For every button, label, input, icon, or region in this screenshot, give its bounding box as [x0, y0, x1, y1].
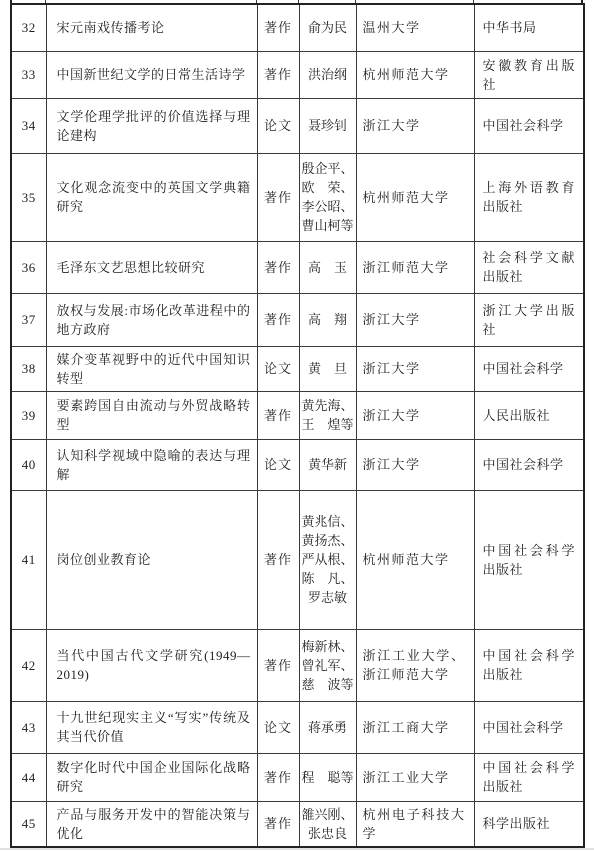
cell-title: 媒介变革视野中的近代中国知识转型	[46, 346, 257, 391]
cell-author: 雒兴刚、张忠良	[299, 801, 356, 847]
cell-title: 放权与发展:市场化改革进程中的地方政府	[46, 293, 257, 346]
cell-title: 认知科学视域中隐喻的表达与理解	[46, 439, 257, 490]
cell-publisher: 人民出版社	[474, 391, 584, 439]
cell-publisher: 安徽教育出版社	[474, 51, 584, 98]
cell-type: 著作	[257, 241, 299, 293]
cell-type: 著作	[257, 391, 299, 439]
cell-institution: 浙江大学	[356, 391, 474, 439]
cell-row-number: 35	[11, 153, 46, 241]
cell-author: 黄兆信、黄扬杰、严从根、陈 凡、罗志敏	[299, 490, 356, 629]
cell-institution: 浙江大学	[356, 346, 474, 391]
cell-publisher: 中国社会科学	[474, 98, 584, 153]
cell-publisher: 中国社会科学出版社	[474, 629, 584, 701]
cell-publisher: 科学出版社	[474, 801, 584, 847]
cell-institution: 杭州电子科技大学	[356, 801, 474, 847]
table-row: 34 文学伦理学批评的价值选择与理论建构 论文 聂珍钊 浙江大学 中国社会科学	[11, 98, 584, 153]
cell-institution: 浙江大学	[356, 98, 474, 153]
cell-author: 程 聪等	[299, 753, 356, 801]
cell-author: 黄华新	[299, 439, 356, 490]
scanned-document-page: 32 宋元南戏传播考论 著作 俞为民 温州大学 中华书局 33 中国新世纪文学的…	[0, 0, 594, 852]
cell-institution: 浙江大学	[356, 293, 474, 346]
table-row: 45 产品与服务开发中的智能决策与优化 著作 雒兴刚、张忠良 杭州电子科技大学 …	[11, 801, 584, 847]
cell-title: 宋元南戏传播考论	[46, 4, 257, 51]
cell-institution: 杭州师范大学	[356, 490, 474, 629]
cell-type: 著作	[257, 4, 299, 51]
cell-row-number: 39	[11, 391, 46, 439]
cell-author: 洪治纲	[299, 51, 356, 98]
table-row: 35 文化观念流变中的英国文学典籍研究 著作 殷企平、欧 荣、李公昭、曹山柯等 …	[11, 153, 584, 241]
cell-institution: 温州大学	[356, 4, 474, 51]
cell-row-number: 34	[11, 98, 46, 153]
cell-publisher: 中国社会科学出版社	[474, 753, 584, 801]
cell-type: 论文	[257, 439, 299, 490]
cell-row-number: 45	[11, 801, 46, 847]
cell-row-number: 42	[11, 629, 46, 701]
cell-institution: 浙江大学	[356, 439, 474, 490]
table-row: 43 十九世纪现实主义“写实”传统及其当代价值 论文 蒋承勇 浙江工商大学 中国…	[11, 701, 584, 753]
table-row: 32 宋元南戏传播考论 著作 俞为民 温州大学 中华书局	[11, 4, 584, 51]
cell-author: 黄 旦	[299, 346, 356, 391]
cell-title: 文化观念流变中的英国文学典籍研究	[46, 153, 257, 241]
cell-title: 毛泽东文艺思想比较研究	[46, 241, 257, 293]
cell-author: 高 翔	[299, 293, 356, 346]
cell-row-number: 37	[11, 293, 46, 346]
table-row: 41 岗位创业教育论 著作 黄兆信、黄扬杰、严从根、陈 凡、罗志敏 杭州师范大学…	[11, 490, 584, 629]
table-row: 38 媒介变革视野中的近代中国知识转型 论文 黄 旦 浙江大学 中国社会科学	[11, 346, 584, 391]
table-row: 37 放权与发展:市场化改革进程中的地方政府 著作 高 翔 浙江大学 浙江大学出…	[11, 293, 584, 346]
cell-author: 梅新林、曾礼军、慈 波等	[299, 629, 356, 701]
cell-publisher: 上海外语教育出版社	[474, 153, 584, 241]
cell-title: 中国新世纪文学的日常生活诗学	[46, 51, 257, 98]
cell-row-number: 33	[11, 51, 46, 98]
cell-type: 著作	[257, 801, 299, 847]
table-row: 36 毛泽东文艺思想比较研究 著作 高 玉 浙江师范大学 社会科学文献出版社	[11, 241, 584, 293]
publications-table-body: 32 宋元南戏传播考论 著作 俞为民 温州大学 中华书局 33 中国新世纪文学的…	[11, 4, 584, 847]
cell-title: 文学伦理学批评的价值选择与理论建构	[46, 98, 257, 153]
cell-author: 聂珍钊	[299, 98, 356, 153]
cell-title: 产品与服务开发中的智能决策与优化	[46, 801, 257, 847]
cell-publisher: 中国社会科学	[474, 346, 584, 391]
cell-publisher: 中国社会科学出版社	[474, 490, 584, 629]
cell-type: 著作	[257, 51, 299, 98]
cell-row-number: 32	[11, 4, 46, 51]
cell-title: 要素跨国自由流动与外贸战略转型	[46, 391, 257, 439]
cell-type: 论文	[257, 701, 299, 753]
cell-publisher: 中国社会科学	[474, 701, 584, 753]
cell-type: 著作	[257, 293, 299, 346]
cell-type: 著作	[257, 753, 299, 801]
cell-institution: 浙江工商大学	[356, 701, 474, 753]
cell-author: 俞为民	[299, 4, 356, 51]
publications-table: 32 宋元南戏传播考论 著作 俞为民 温州大学 中华书局 33 中国新世纪文学的…	[10, 3, 585, 848]
table-row: 39 要素跨国自由流动与外贸战略转型 著作 黄先海、王 煌等 浙江大学 人民出版…	[11, 391, 584, 439]
cell-row-number: 44	[11, 753, 46, 801]
cell-author: 殷企平、欧 荣、李公昭、曹山柯等	[299, 153, 356, 241]
table-row: 44 数字化时代中国企业国际化战略研究 著作 程 聪等 浙江工业大学 中国社会科…	[11, 753, 584, 801]
cell-type: 著作	[257, 490, 299, 629]
cell-publisher: 中华书局	[474, 4, 584, 51]
cell-row-number: 43	[11, 701, 46, 753]
cell-type: 著作	[257, 629, 299, 701]
cell-institution: 浙江工业大学、浙江师范大学	[356, 629, 474, 701]
cell-publisher: 浙江大学出版社	[474, 293, 584, 346]
cell-institution: 杭州师范大学	[356, 153, 474, 241]
cell-title: 数字化时代中国企业国际化战略研究	[46, 753, 257, 801]
cell-institution: 杭州师范大学	[356, 51, 474, 98]
page-edge-shadow	[0, 848, 594, 850]
cell-author: 黄先海、王 煌等	[299, 391, 356, 439]
table-row: 40 认知科学视域中隐喻的表达与理解 论文 黄华新 浙江大学 中国社会科学	[11, 439, 584, 490]
cell-row-number: 40	[11, 439, 46, 490]
cell-institution: 浙江师范大学	[356, 241, 474, 293]
cell-row-number: 38	[11, 346, 46, 391]
cell-publisher: 社会科学文献出版社	[474, 241, 584, 293]
cell-author: 蒋承勇	[299, 701, 356, 753]
cell-publisher: 中国社会科学	[474, 439, 584, 490]
cell-type: 论文	[257, 98, 299, 153]
cell-author: 高 玉	[299, 241, 356, 293]
cell-title: 当代中国古代文学研究(1949—2019)	[46, 629, 257, 701]
cell-title: 岗位创业教育论	[46, 490, 257, 629]
table-row: 42 当代中国古代文学研究(1949—2019) 著作 梅新林、曾礼军、慈 波等…	[11, 629, 584, 701]
cell-row-number: 36	[11, 241, 46, 293]
cell-institution: 浙江工业大学	[356, 753, 474, 801]
cell-type: 著作	[257, 153, 299, 241]
cell-row-number: 41	[11, 490, 46, 629]
cell-type: 论文	[257, 346, 299, 391]
table-row: 33 中国新世纪文学的日常生活诗学 著作 洪治纲 杭州师范大学 安徽教育出版社	[11, 51, 584, 98]
cell-title: 十九世纪现实主义“写实”传统及其当代价值	[46, 701, 257, 753]
